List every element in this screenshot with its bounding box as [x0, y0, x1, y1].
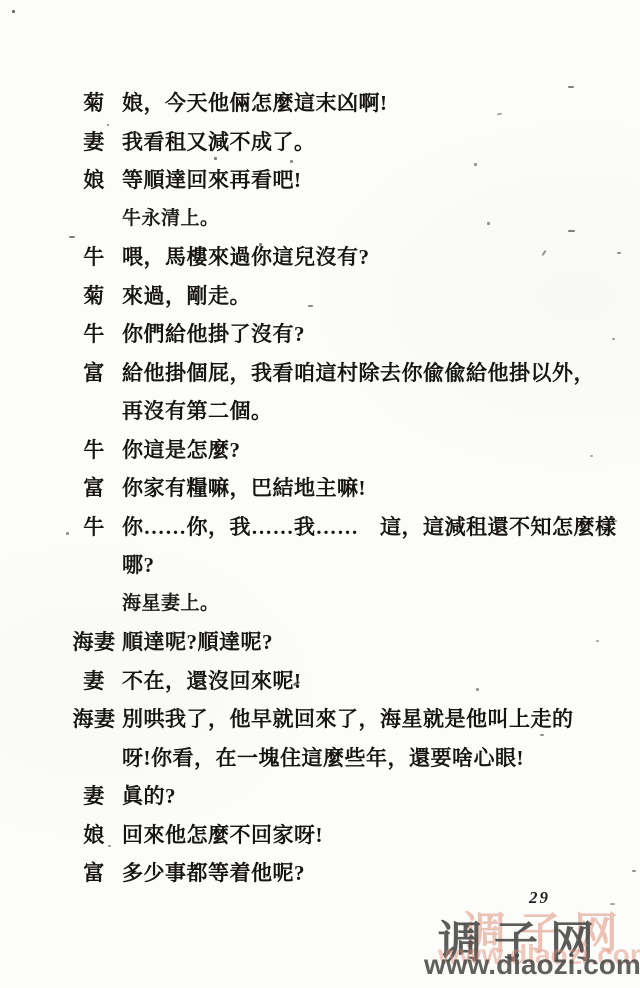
line-text: 多少事都等着他呢?	[122, 854, 640, 893]
scan-speck	[632, 870, 636, 872]
speaker-label: 妻	[66, 777, 122, 816]
scanned-book-page: 菊娘，今天他倆怎麼這末凶啊!妻我看租又減不成了。娘等順達回來再看吧!牛永清上。牛…	[0, 0, 640, 988]
line-text: 給他掛個屁，我看咱這村除去你偸偸給他掛以外，	[122, 354, 640, 393]
speaker-label: 牛	[66, 431, 122, 470]
line-text: 我看租又減不成了。	[122, 123, 640, 162]
stage-direction: 牛永清上。	[66, 200, 640, 239]
dialogue-line: 牛你……你，我……我…… 這，這減租還不知怎麼樣	[66, 508, 640, 547]
dialogue-line: 牛你們給他掛了沒有?	[66, 315, 640, 354]
line-text: 你……你，我……我…… 這，這減租還不知怎麼樣	[122, 508, 640, 547]
line-text: 你這是怎麼?	[122, 431, 640, 470]
scan-speck	[69, 236, 75, 238]
speaker-label: 富	[66, 354, 122, 393]
scan-speck	[259, 243, 262, 246]
scan-speck	[107, 124, 109, 126]
speaker-label: 海妻	[66, 700, 122, 739]
scan-speck	[590, 455, 593, 457]
scan-speck	[568, 86, 574, 88]
speaker-label: 富	[66, 469, 122, 508]
script-content: 菊娘，今天他倆怎麼這末凶啊!妻我看租又減不成了。娘等順達回來再看吧!牛永清上。牛…	[0, 84, 640, 893]
speaker-label: 菊	[66, 84, 122, 123]
speaker-label: 妻	[66, 123, 122, 162]
scan-speck	[596, 640, 599, 642]
dialogue-line: 妻眞的?	[66, 777, 640, 816]
speaker-label: 富	[66, 854, 122, 893]
scan-speck	[610, 903, 615, 905]
scan-speck	[12, 10, 15, 13]
scan-speck	[476, 688, 479, 691]
dialogue-line: 富給他掛個屁，我看咱這村除去你偸偸給他掛以外，	[66, 354, 640, 393]
line-text: 順達呢?順達呢?	[122, 623, 640, 662]
line-text: 回來他怎麼不回家呀!	[122, 816, 640, 855]
line-text: 喂，馬樓來過你這兒沒有?	[122, 238, 640, 277]
line-text: 海星妻上。	[122, 585, 640, 624]
dialogue-line: 海妻順達呢?順達呢?	[66, 623, 640, 662]
dialogue-line: 富多少事都等着他呢?	[66, 854, 640, 893]
speaker-label	[66, 739, 122, 778]
speaker-label: 菊	[66, 277, 122, 316]
line-text: 來過，剛走。	[122, 277, 640, 316]
scan-speck	[568, 230, 575, 232]
line-text: 呀!你看，在一塊住這麼些年，還要啥心眼!	[122, 739, 640, 778]
speaker-label: 娘	[66, 816, 122, 855]
dialogue-line: 哪?	[66, 546, 640, 585]
speaker-label: 娘	[66, 161, 122, 200]
line-text: 再沒有第二個。	[122, 392, 640, 431]
scan-speck	[540, 734, 544, 736]
dialogue-line: 妻我看租又減不成了。	[66, 123, 640, 162]
scan-speck	[108, 845, 111, 847]
line-text: 別哄我了，他早就回來了，海星就是他叫上走的	[122, 700, 640, 739]
dialogue-line: 海妻別哄我了，他早就回來了，海星就是他叫上走的	[66, 700, 640, 739]
line-text: 你們給他掛了沒有?	[122, 315, 640, 354]
dialogue-line: 牛你這是怎麼?	[66, 431, 640, 470]
speaker-label	[66, 546, 122, 585]
scan-speck	[474, 163, 477, 166]
scan-speck	[308, 305, 313, 307]
speaker-label: 牛	[66, 315, 122, 354]
speaker-label: 牛	[66, 508, 122, 547]
scan-speck	[128, 218, 130, 221]
speaker-label: 海妻	[66, 623, 122, 662]
line-text: 牛永清上。	[122, 200, 640, 239]
dialogue-line: 菊來過，剛走。	[66, 277, 640, 316]
speaker-label: 妻	[66, 662, 122, 701]
scan-speck	[487, 222, 490, 225]
scan-speck	[617, 252, 621, 254]
scan-speck	[214, 157, 217, 160]
speaker-label	[66, 200, 122, 239]
watermark-url: www.diaozi.com	[424, 949, 640, 981]
scan-speck	[66, 532, 69, 535]
scan-speck	[614, 520, 617, 522]
dialogue-line: 娘回來他怎麼不回家呀!	[66, 816, 640, 855]
line-text: 哪?	[122, 546, 640, 585]
line-text: 你家有糧嘛，巴結地主嘛!	[122, 469, 640, 508]
speaker-label: 牛	[66, 238, 122, 277]
dialogue-line: 菊娘，今天他倆怎麼這末凶啊!	[66, 84, 640, 123]
dialogue-line: 娘等順達回來再看吧!	[66, 161, 640, 200]
dialogue-line: 妻不在，還沒回來呢!	[66, 662, 640, 701]
speaker-label	[66, 585, 122, 624]
scan-speck	[612, 338, 615, 340]
speaker-label	[66, 392, 122, 431]
dialogue-line: 呀!你看，在一塊住這麼些年，還要啥心眼!	[66, 739, 640, 778]
stage-direction: 海星妻上。	[66, 585, 640, 624]
line-text: 不在，還沒回來呢!	[122, 662, 640, 701]
scan-speck	[290, 160, 293, 163]
dialogue-line: 再沒有第二個。	[66, 392, 640, 431]
line-text: 眞的?	[122, 777, 640, 816]
line-text: 娘，今天他倆怎麼這末凶啊!	[122, 84, 640, 123]
dialogue-line: 牛喂，馬樓來過你這兒沒有?	[66, 238, 640, 277]
line-text: 等順達回來再看吧!	[122, 161, 640, 200]
dialogue-line: 富你家有糧嘛，巴結地主嘛!	[66, 469, 640, 508]
